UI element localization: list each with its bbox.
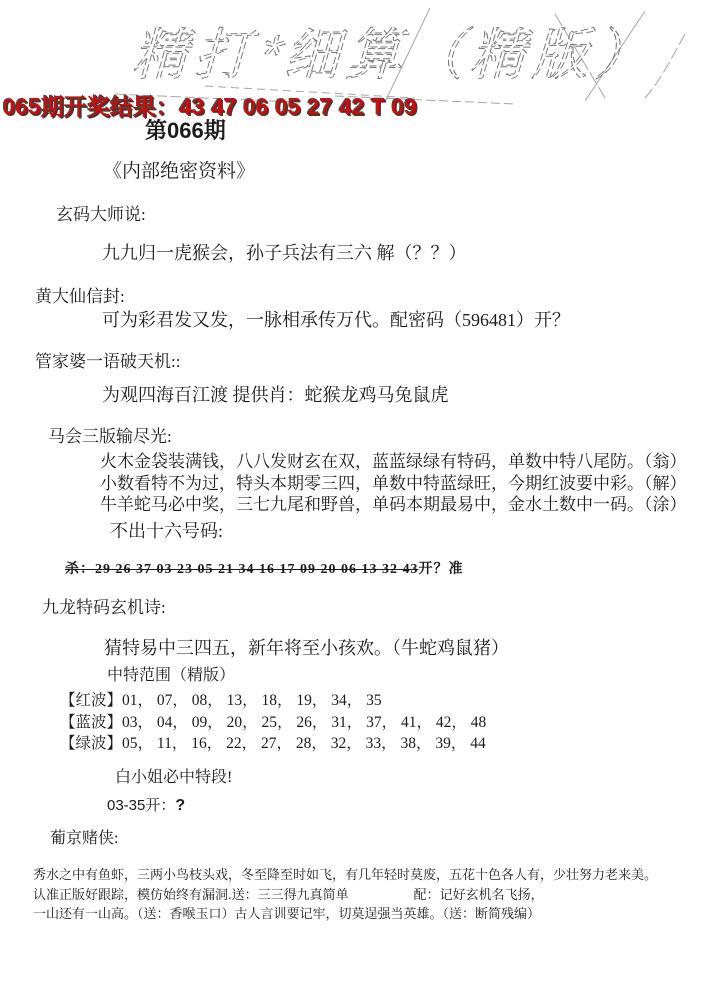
baixiaojie-question-mark: ? [175, 797, 185, 814]
green-wave-row: 【绿波】05， 11， 16， 22， 27， 28， 32， 33， 38， … [60, 733, 486, 755]
blue-wave-numbers: 03， 04， 09， 20， 25， 26， 31， 37， 41， 42， … [122, 714, 486, 731]
baixiaojie-claim: 白小姐必中特段! [115, 764, 232, 787]
red-wave-label: 【红波】 [60, 692, 122, 709]
section-header-pujing: 葡京赌侠: [50, 825, 118, 848]
blue-wave-row: 【蓝波】03， 04， 09， 20， 25， 26， 31， 37， 41， … [60, 712, 486, 734]
baixiaojie-range: 03-35开：? [107, 794, 185, 815]
mahui-line-3: 牛羊蛇马必中奖，三七九尾和野兽，单码本期最易中，金水土数中一码。（涂） [100, 494, 687, 516]
blue-wave-label: 【蓝波】 [60, 714, 122, 731]
killed-numbers-struck: 杀：29 26 37 03 23 05 21 34 16 17 09 20 06… [65, 562, 419, 577]
issue-number: 第066期 [145, 114, 226, 145]
red-wave-row: 【红波】01， 07， 08， 13， 18， 19， 34， 35 [60, 690, 486, 712]
section-header-master: 玄码大师说: [56, 200, 146, 225]
red-wave-numbers: 01， 07， 08， 13， 18， 19， 34， 35 [122, 692, 382, 709]
section-content-mahui: 火木金袋装满钱，八八发财玄在双，蓝蓝绿绿有特码，单数中特八尾防。（翁） 小数看特… [100, 451, 687, 516]
special-range-label: 中特范围（精版） [107, 662, 235, 685]
tip-sheet-page: 精打*细算（精版） 065期开奖结果：43 47 06 05 27 42 T 0… [0, 0, 714, 1008]
baixiaojie-range-prefix: 03-35开： [107, 797, 175, 814]
section-header-guanjiapo: 管家婆一语破天机:: [35, 347, 180, 372]
pujing-line-3: 一山还有一山高。（送：香喉玉口）古人言训要记牢，切莫逞强当英雄。（送：断简残编） [33, 904, 657, 924]
green-wave-label: 【绿波】 [60, 735, 122, 752]
kill-open-char: 开 [419, 562, 434, 577]
section-header-sixteen-numbers: 不出十六号码: [110, 517, 223, 543]
green-wave-numbers: 05， 11， 16， 22， 27， 28， 32， 33， 38， 39， … [122, 735, 486, 752]
section-header-huangdaxian: 黄大仙信封: [35, 282, 125, 307]
doc-title: 《内部绝密资料》 [103, 156, 255, 183]
killed-numbers-line: 杀：29 26 37 03 23 05 21 34 16 17 09 20 06… [65, 558, 464, 578]
section-content-huangdaxian: 可为彩君发又发，一脉相承传万代。配密码（596481）开？ [102, 306, 570, 332]
pujing-line-2: 认准正版好跟踪，模仿始终有漏洞.送：三三得九真简单 配：记好玄机名飞扬， [33, 885, 657, 905]
wave-groups: 【红波】01， 07， 08， 13， 18， 19， 34， 35 【蓝波】0… [60, 690, 486, 755]
masthead-title-text: 精打*细算（精版） [128, 24, 670, 87]
kill-question-mark: ？ [434, 562, 449, 577]
mahui-line-1: 火木金袋装满钱，八八发财玄在双，蓝蓝绿绿有特码，单数中特八尾防。（翁） [100, 451, 687, 473]
section-content-guanjiapo: 为观四海百江渡 提供肖：蛇猴龙鸡马兔鼠虎 [102, 381, 449, 407]
pujing-line-1: 秀水之中有鱼虾，三两小鸟枝头戏，冬至降至时如飞，有几年轻时莫废，五花十色各人有，… [33, 865, 657, 885]
section-content-master: 九九归一虎猴会，孙子兵法有三六 解（？？） [102, 239, 467, 265]
jiulong-poem: 猜特易中三四五，新年将至小孩欢。（牛蛇鸡鼠猪） [104, 634, 509, 660]
kill-accurate-char: 准 [449, 562, 464, 577]
pujing-verse: 秀水之中有鱼虾，三两小鸟枝头戏，冬至降至时如飞，有几年轻时莫废，五花十色各人有，… [33, 865, 657, 924]
mahui-line-2: 小数看特不为过，特头本期零三四，单数中特蓝绿旺，今期红波要中彩。（解） [100, 473, 687, 495]
section-header-mahui: 马会三版输尽光: [48, 422, 172, 447]
section-header-jiulong: 九龙特码玄机诗: [42, 593, 166, 618]
